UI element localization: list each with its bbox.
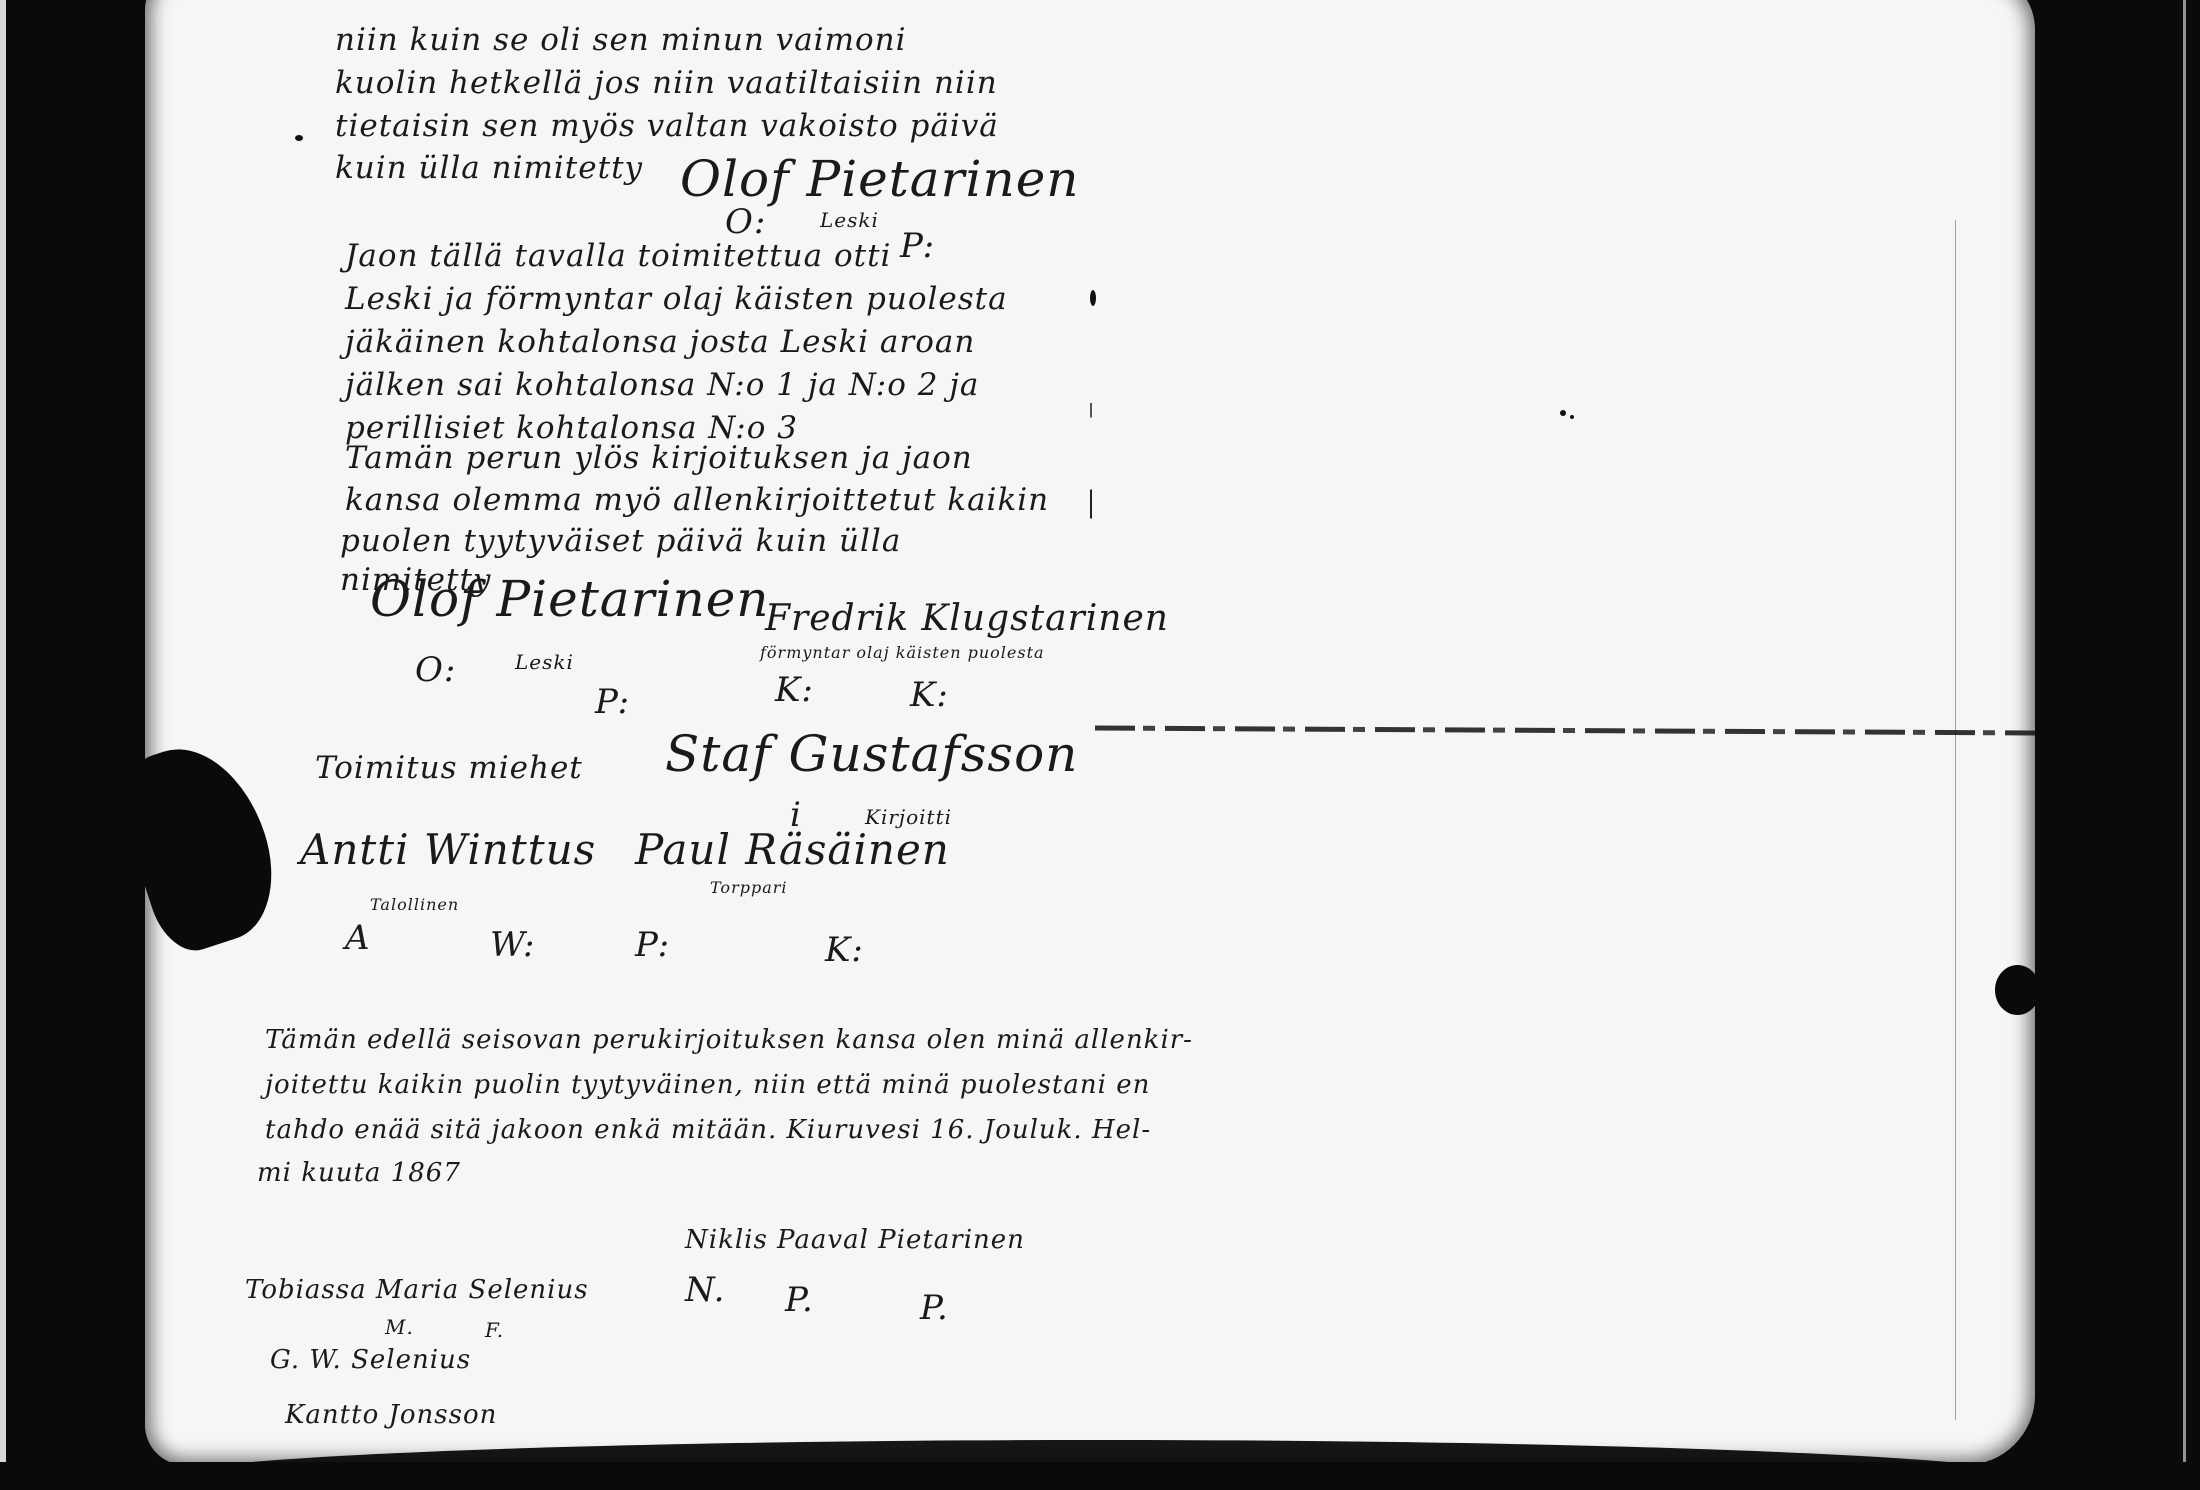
official-initial: P:: [635, 925, 670, 965]
signature-role: Leski: [515, 650, 574, 674]
text-line: joitettu kaikin puolin tyytyväinen, niin…: [265, 1070, 1150, 1100]
ink-speck: [1560, 410, 1566, 416]
horizontal-fold-line: [1095, 726, 2035, 736]
official-name: Antti Winttus: [300, 825, 596, 874]
text-line: mi kuuta 1867: [257, 1158, 461, 1188]
manuscript-page: niin kuin se oli sen minun vaimoni kuoli…: [145, 0, 2035, 1465]
shadow-blob: [1995, 965, 2040, 1015]
signature-initial: O:: [415, 650, 456, 690]
signature-name: Olof Pietarinen: [370, 570, 770, 628]
official-name: Paul Räsäinen: [635, 825, 950, 874]
signature-role: förmyntar olaj käisten puolesta: [760, 643, 1045, 662]
text-line: Jaon tällä tavalla toimitettua otti: [345, 238, 891, 274]
film-edge-right: [2183, 0, 2186, 1490]
official-initial: A: [345, 918, 371, 958]
vertical-fold-line: [1090, 0, 1092, 1440]
signature-initial: K:: [910, 675, 949, 715]
margin-rule-line: [1955, 220, 1956, 1420]
text-line: kuin ülla nimitetty: [335, 150, 643, 186]
text-line: kuolin hetkellä jos niin vaatiltaisiin n…: [335, 65, 998, 101]
official-role: Talollinen: [370, 895, 459, 914]
text-line: niin kuin se oli sen minun vaimoni: [335, 22, 907, 58]
signature-name: Niklis Paaval Pietarinen: [685, 1225, 1025, 1255]
ink-speck: [1090, 290, 1096, 306]
text-line: tahdo enää sitä jakoon enkä mitään. Kiur…: [265, 1115, 1151, 1145]
official-initial: K:: [825, 930, 864, 970]
signature-name: Fredrik Klugstarinen: [765, 598, 1169, 639]
signature-initial: P:: [595, 682, 630, 722]
signature-name: Olof Pietarinen: [680, 150, 1080, 208]
text-line: jälken sai kohtalonsa N:o 1 ja N:o 2 ja: [345, 367, 979, 403]
text-line: kansa olemma myö allenkirjoittetut kaiki…: [345, 482, 1049, 518]
signature-initial: P.: [920, 1288, 949, 1328]
film-edge-bottom: [0, 1462, 2200, 1490]
text-line: jäkäinen kohtalonsa josta Leski aroan: [345, 324, 975, 360]
ink-speck: [1570, 415, 1574, 419]
text-line: Leski ja förmyntar olaj käisten puolesta: [345, 281, 1008, 317]
official-name: Staf Gustafsson: [665, 725, 1078, 783]
signature-initial: P:: [900, 226, 935, 266]
signature-initial: N.: [685, 1270, 725, 1310]
signature-initial: P.: [785, 1280, 814, 1320]
text-line: Tamän perun ylös kirjoituksen ja jaon: [345, 440, 973, 476]
signature-name: G. W. Selenius: [270, 1345, 471, 1375]
ink-speck: [295, 135, 303, 141]
text-line: puolen tyytyväiset päivä kuin ülla: [340, 523, 901, 559]
signature-initial: M.: [385, 1315, 414, 1339]
signature-initial: O:: [725, 202, 766, 242]
signature-initial: K:: [775, 670, 814, 710]
officials-label: Toimitus miehet: [315, 750, 583, 786]
film-edge-left: [0, 0, 6, 1490]
text-line: Tämän edellä seisovan perukirjoituksen k…: [265, 1025, 1193, 1055]
signature-initial: F.: [485, 1318, 504, 1342]
signature-role: Leski: [820, 208, 879, 232]
signature-name: Kantto Jonsson: [285, 1400, 497, 1430]
official-initial: W:: [490, 925, 535, 965]
text-line: tietaisin sen myös valtan vakoisto päivä: [335, 108, 999, 144]
official-role: Torppari: [710, 878, 788, 897]
signature-name: Tobiassa Maria Selenius: [245, 1275, 589, 1305]
